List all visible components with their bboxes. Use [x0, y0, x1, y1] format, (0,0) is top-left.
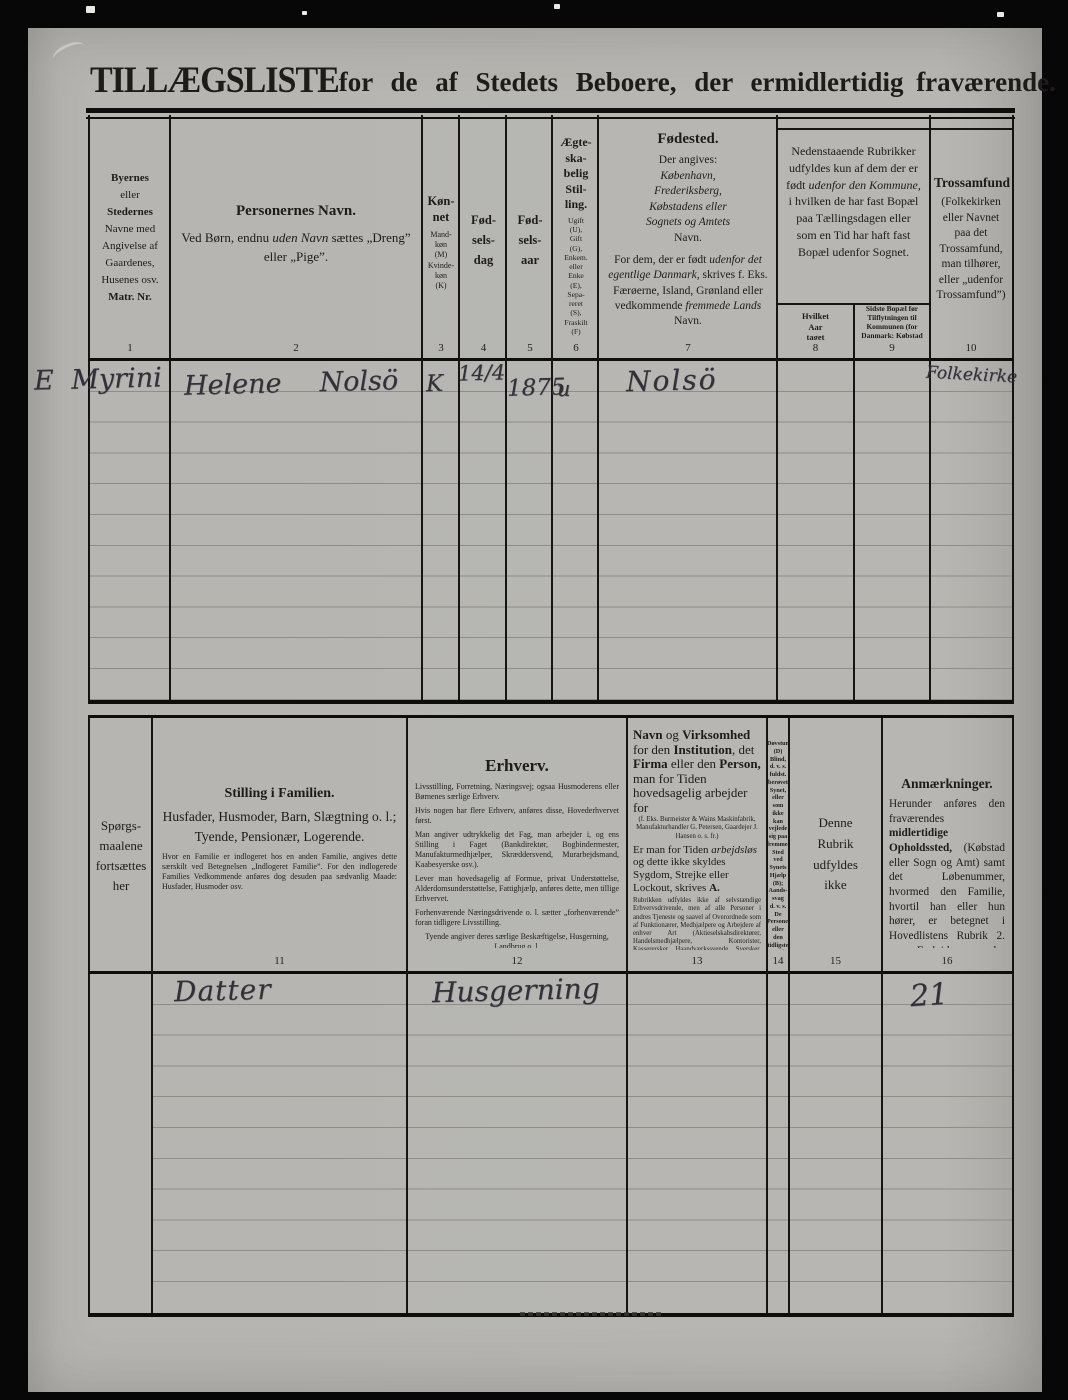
col6-title: Ægte- ska- belig Stil- ling. [553, 135, 599, 213]
entry-occupation: Husgerning [432, 972, 600, 1009]
col11-main: Husfader, Husmoder, Barn, Slægtning o. l… [162, 807, 397, 846]
table-occupation: Spørgs- maalene fortsættes her Stilling … [88, 715, 1014, 1317]
col7-note2-text: Navn. [674, 315, 702, 327]
col2-title: Personernes Navn. [180, 203, 412, 220]
column-number: 4 [460, 340, 507, 357]
column-number: 10 [930, 340, 1012, 357]
film-speck [554, 4, 560, 9]
column-number: 16 [882, 953, 1012, 970]
col7-title: Fødested. [607, 131, 769, 148]
column-divider [406, 718, 408, 1313]
col12-note: Lever man hovedsagelig af Formue, privat… [415, 874, 619, 904]
col7-note2-italic: fremmede Lands [685, 300, 761, 312]
col16-text: (Købstad eller Sogn og Amt) samt det Løb… [889, 842, 1005, 948]
column-divider [551, 115, 553, 700]
col15-header: Denne Rubrik udfyldes ikke [789, 813, 882, 933]
col13-bold: Virksomhed [682, 728, 750, 742]
col16-note: Herunder anføres den fraværendes midlert… [889, 797, 1005, 948]
col13-italic: arbejdsløs [711, 844, 757, 856]
census-form-page: TILLÆGSLISTE for de af Stedets Beboere, … [28, 28, 1042, 1392]
side-note: Spørgs- maalene fortsættes her [90, 816, 152, 936]
col5-header: Fød- sels- aar [507, 210, 553, 330]
col12-note: Man angiver udtrykkelig det Fag, man arb… [415, 830, 619, 870]
entry-sex: K [426, 371, 444, 397]
col13-para2: Er man for Tiden arbejdsløs og dette ikk… [633, 844, 761, 895]
film-speck [997, 12, 1004, 17]
col13-text: og [663, 728, 683, 742]
col1-line: Husenes osv. [90, 272, 170, 289]
column-number: 9 [854, 340, 930, 357]
form-title-end: midlertidig fraværende. [774, 67, 1055, 98]
col16-title: Anmærkninger. [889, 776, 1005, 792]
column-divider [626, 718, 628, 1313]
col13-text: man for Tiden hovedsagelig arbejder for [633, 771, 747, 815]
column-number: 15 [789, 953, 882, 970]
column-number: 13 [627, 953, 767, 970]
col9-header: Sidste Bopæl før Tilflytningen til Kommu… [854, 305, 930, 340]
col3-note: Mand- køn (M) Kvinde- køn (K) [422, 230, 460, 292]
col10-title: Trossamfund [934, 175, 1008, 191]
col3-title: Køn- net [422, 193, 460, 226]
col11-title: Stilling i Familien. [162, 786, 397, 802]
col13-text: for den [633, 742, 673, 757]
col2-note-italic: uden Navn [272, 230, 328, 245]
column-divider [151, 718, 153, 1313]
col2-note: Ved Børn, endnu uden Navn sættes „Dreng”… [180, 229, 412, 267]
entry-birth-day: 14/4 [458, 360, 506, 385]
column-divider [766, 718, 768, 1313]
col13-bold: Firma [633, 756, 668, 771]
col6-note: Ugift (U), Gift (G), Enkem. eller Enke (… [553, 216, 599, 336]
header-top-line [776, 128, 1012, 130]
col1-line: Gaardenes, [90, 255, 170, 272]
printer-mark [520, 1312, 662, 1316]
col10-header: Trossamfund (Folkekirken eller Navnet pa… [930, 175, 1012, 340]
column-divider [505, 115, 507, 700]
column-number: 5 [507, 340, 553, 357]
column-divider [853, 305, 855, 700]
col12-title: Erhverv. [415, 756, 619, 776]
col13-bold: A. [709, 882, 720, 894]
col6-header: Ægte- ska- belig Stil- ling. Ugift (U), … [553, 135, 599, 340]
col1-line: Angivelse af [90, 238, 170, 255]
col7-note1: Der angives: København, Frederiksberg, K… [607, 153, 769, 246]
pencil-smudge [50, 38, 88, 67]
col12-note: Livsstilling, Forretning, Næringsvej; og… [415, 782, 619, 802]
film-edge-bottom [0, 1392, 1068, 1400]
column-divider [788, 718, 790, 1313]
column-divider [597, 115, 599, 700]
entry-last-name: Nolsö [319, 365, 398, 398]
entry-remark-number: 21 [909, 977, 950, 1015]
col13-text: eller den [668, 756, 720, 771]
film-speck [86, 6, 95, 13]
col8-9-italic: udenfor den Kommune, [809, 178, 921, 192]
form-title-middle: for de af Stedets Beboere, der er [339, 67, 775, 98]
column-number: 12 [407, 953, 627, 970]
col13-bold: Institution [673, 742, 732, 757]
col13-text: , det [732, 742, 754, 757]
column-divider [929, 115, 931, 700]
column-divider [421, 115, 423, 700]
column-number: 1 [90, 340, 170, 357]
col10-note: (Folkekirken eller Navnet paa det Trossa… [934, 195, 1008, 304]
col16-bold: midlertidige Opholdssted, [889, 827, 952, 854]
column-divider [458, 115, 460, 700]
col13-example: (f. Eks. Burmeister & Wains Maskinfabrik… [633, 816, 761, 840]
col2-note-text: Ved Børn, endnu [181, 230, 272, 245]
column-divider [169, 115, 171, 700]
col13-note: Rubrikken udfyldes ikke af selvstændige … [633, 897, 761, 950]
col1-line: eller [90, 187, 170, 204]
form-title: TILLÆGSLISTE for de af Stedets Beboere, … [90, 62, 1015, 100]
col3-header: Køn- net Mand- køn (M) Kvinde- køn (K) [422, 193, 460, 340]
column-number: 3 [422, 340, 460, 357]
col1-line: Byernes [90, 170, 170, 187]
col13-bold: Person, [719, 756, 761, 771]
table-persons: Byernes eller Stedernes Navne med Angive… [88, 115, 1014, 704]
col1-line: Stedernes [90, 204, 170, 221]
col13-header: Navn og Virksomhed for den Institution, … [627, 728, 767, 950]
column-number: 14 [767, 953, 789, 970]
col12-note: Forhenværende Næringsdrivende o. l. sætt… [415, 908, 619, 928]
film-edge-left [0, 0, 28, 1400]
column-divider [881, 718, 883, 1313]
col16-header: Anmærkninger. Herunder anføres den fravæ… [882, 776, 1012, 948]
col7-note2: For dem, der er født udenfor det egentli… [607, 253, 769, 329]
col11-header: Stilling i Familien. Husfader, Husmoder,… [152, 786, 407, 946]
col8-header: Hvilket Aar taget Bopæl i Kommunen? [777, 311, 854, 340]
column-number: 11 [152, 953, 407, 970]
col13-text: Er man for Tiden [633, 844, 711, 856]
film-edge-right [1042, 0, 1068, 1400]
col7-header: Fødested. Der angives: København, Freder… [599, 131, 777, 340]
col1-line: Matr. Nr. [90, 289, 170, 306]
entry-first-name: Helene [184, 368, 282, 402]
col12-header: Erhverv. Livsstilling, Forretning, Nærin… [407, 756, 627, 948]
column-number: 8 [777, 340, 854, 357]
col16-text: Herunder anføres den fraværendes [889, 798, 1005, 825]
col8-9-text: i hvilken de har fast Bopæl paa Tællings… [789, 194, 919, 258]
col7-note1-line: Der angives: [607, 153, 769, 169]
column-number: 6 [553, 340, 599, 357]
col4-header: Fød- sels- dag [460, 210, 507, 330]
col1-line: Navne med [90, 221, 170, 238]
entry-birthplace: Nolsö [626, 363, 718, 398]
col12-note: Tyende angiver deres særlige Beskæftigel… [415, 932, 619, 948]
col13-intro: Navn og Virksomhed for den Institution, … [633, 728, 761, 815]
microfilm-frame: TILLÆGSLISTE for de af Stedets Beboere, … [0, 0, 1068, 1400]
entry-marital-status: u [557, 377, 571, 401]
column-number: 2 [170, 340, 422, 357]
col1-header: Byernes eller Stedernes Navne med Angive… [90, 170, 170, 340]
col7-note1-line: Navn. [607, 231, 769, 247]
film-edge-top [0, 0, 1068, 28]
col12-note: Hvis nogen har flere Erhverv, anføres di… [415, 806, 619, 826]
col14-header: Døvstum (D) Blind, d. v. s. fuldst. berø… [767, 740, 789, 950]
col7-note2-text: For dem, der er født [614, 254, 709, 266]
col13-bold: Navn [633, 728, 663, 742]
ruled-rows [152, 974, 1012, 1309]
col2-header: Personernes Navn. Ved Børn, endnu uden N… [170, 203, 422, 340]
header-split-line [776, 303, 931, 305]
film-speck [302, 11, 307, 15]
entry-place: E Myrini [34, 362, 163, 396]
col8-9-shared-header: Nedenstaaende Rubrikker udfyldes kun af … [777, 143, 930, 302]
entry-family-position: Datter [174, 973, 272, 1009]
form-title-word: TILLÆGSLISTE [90, 60, 339, 101]
entry-name: HeleneNolsö [184, 365, 399, 402]
col11-note: Hvor en Familie er indlogeret hos en and… [162, 852, 397, 892]
column-divider [776, 115, 778, 700]
column-number: 7 [599, 340, 777, 357]
col7-note1-italic: København, Frederiksberg, Købstadens ell… [607, 169, 769, 231]
